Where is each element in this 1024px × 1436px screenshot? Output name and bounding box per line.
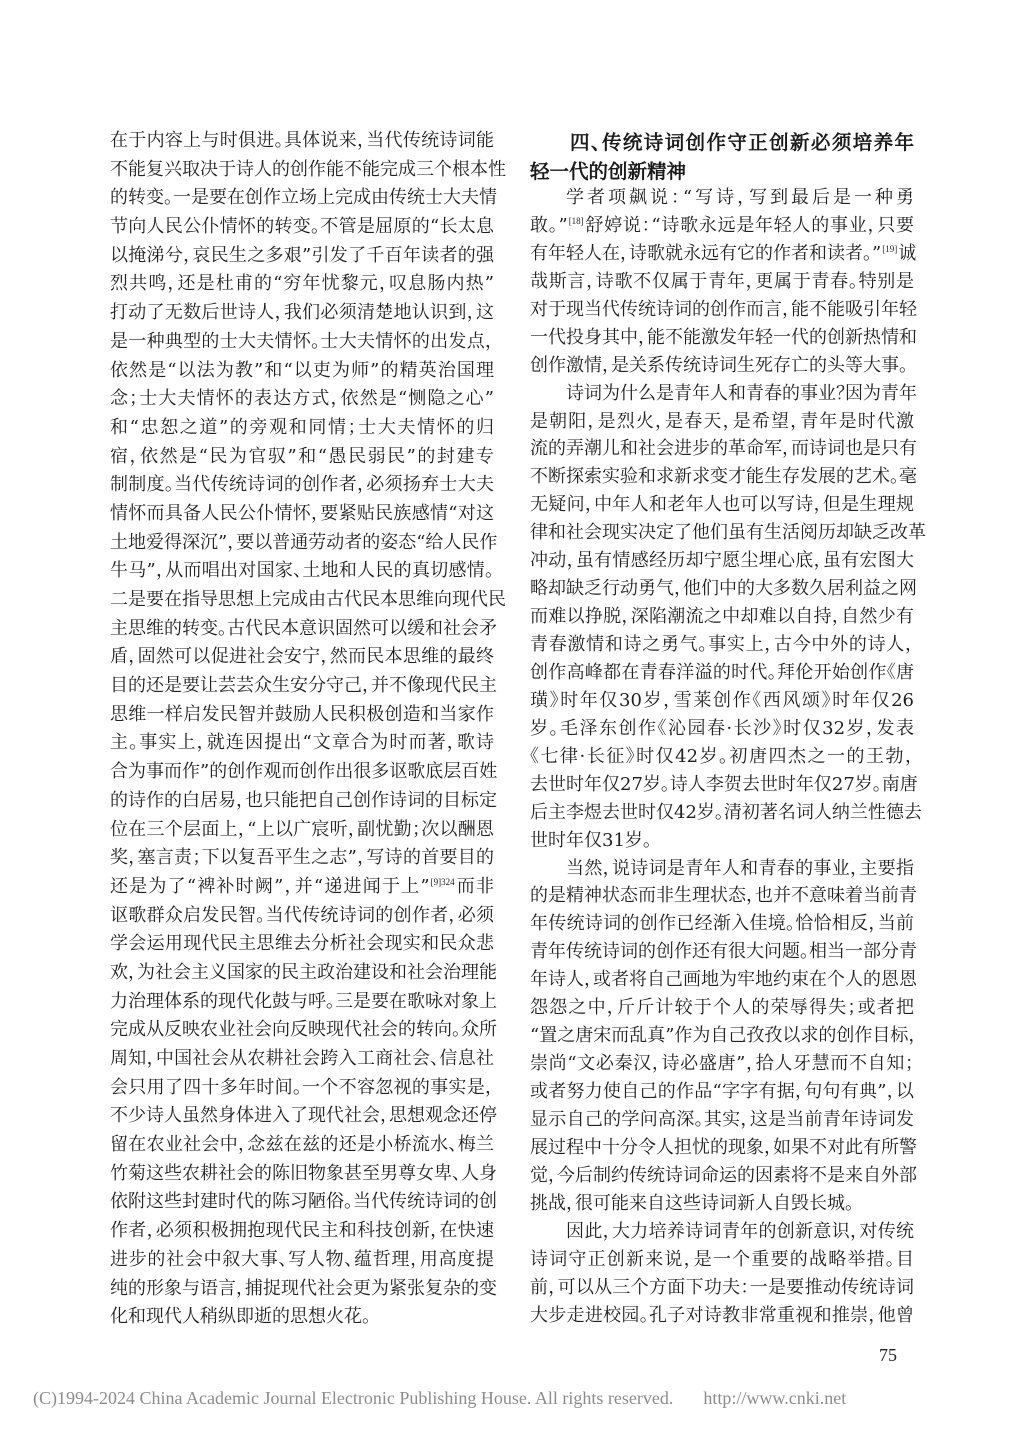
text-line: 的是精神状态而非生理状态，也并不意味着当前青: [530, 882, 914, 910]
text-line: “置之唐宋而乱真”作为自己孜孜以求的创作目标，: [530, 1022, 914, 1050]
text-line: 流的弄潮儿和社会进步的革命军，而诗词也是只有: [530, 435, 914, 463]
text-line: 哉斯言，诗歌不仅属于青年，更属于青春。特别是: [530, 268, 914, 296]
text-line: 主。事实上，就连因提出“文章合为时而著，歌诗: [110, 729, 494, 758]
text-line: 节向人民公仆情怀的转变。不管是屈原的“长太息: [110, 213, 494, 242]
copyright-footer: (C)1994-2024 China Academic Journal Elec…: [33, 1387, 846, 1409]
text-line: 的诗作的白居易，也只能把自己创作诗词的目标定: [110, 787, 494, 816]
text-line: 冲动，虽有情感经历却宁愿尘埋心底，虽有宏图大: [530, 547, 914, 575]
paragraph: 当然，说诗词是青年人和青春的事业，主要指的是精神状态而非生理状态，也并不意味着当…: [530, 855, 914, 1218]
text-segment: 诚: [898, 243, 916, 264]
text-line: 不少诗人虽然身体进入了现代社会，思想观念还停: [110, 1102, 494, 1131]
text-line: 世时年仅31岁。: [530, 827, 914, 855]
text-line: 不断探索实验和求新求变才能生存发展的艺术。毫: [530, 463, 914, 491]
text-segment: 而非: [456, 876, 494, 897]
text-line: 敢。”[18]舒婷说：“诗歌永远是年轻人的事业，只要: [530, 212, 914, 240]
text-line: 年传统诗词的创作已经渐入佳境。恰恰相反，当前: [530, 910, 914, 938]
text-line: 和“忠恕之道”的旁观和同情；士大夫情怀的归: [110, 414, 494, 443]
text-line: 有年轻人在，诗歌就永远有它的作者和读者。”[19]诚: [530, 240, 914, 268]
text-line: 或者努力使自己的作品“字字有据，句句有典”，以: [530, 1078, 914, 1106]
section-heading-line: 四、传统诗词创作守正创新必须培养年: [530, 128, 914, 157]
text-line: 学者项飙说：“写诗，写到最后是一种勇: [530, 184, 914, 212]
text-line: 当然，说诗词是青年人和青春的事业，主要指: [530, 855, 914, 883]
text-line: 讴歌群众启发民智。当代传统诗词的创作者，必须: [110, 902, 494, 931]
text-line: 位在三个层面上，“上以广宸听，副忧勤；次以酬恩: [110, 816, 494, 845]
text-line: 大步走进校园。孔子对诗教非常重视和推崇，他曾: [530, 1302, 914, 1330]
text-line: 进步的社会中叙大事、写人物、蕴哲理，用高度提: [110, 1246, 494, 1275]
text-line: 略却缺乏行动勇气，他们中的大多数久居利益之网: [530, 575, 914, 603]
text-line: 纯的形象与语言，捕捉现代社会更为紧张复杂的变: [110, 1275, 494, 1304]
text-line: 律和社会现实决定了他们虽有生活阅历却缺乏改革: [530, 519, 914, 547]
text-line: 作者，必须积极拥抱现代民主和科技创新，在快速: [110, 1217, 494, 1246]
text-line: 崇尚“文必秦汉，诗必盛唐”，拾人牙慧而不自知；: [530, 1050, 914, 1078]
text-line: 对于现当代传统诗词的创作而言，能不能吸引年轻: [530, 296, 914, 324]
paragraph: 在于内容上与时俱进。具体说来，当代传统诗词能不能复兴取决于诗人的创作能不能完成三…: [110, 127, 494, 1332]
text-segment: 舒婷说：“诗歌永远是年轻人的事业，只要: [585, 215, 914, 236]
text-line: 制制度。当代传统诗词的创作者，必须扬弃士大夫: [110, 471, 494, 500]
text-line: 显示自己的学问高深。其实，这是当前青年诗词发: [530, 1106, 914, 1134]
citation-superscript: [19]: [882, 244, 897, 254]
text-line: 牛马”，从而唱出对国家、土地和人民的真切感情。: [110, 557, 494, 586]
text-line: 觉，今后制约传统诗词命运的因素将不是来自外部: [530, 1162, 914, 1190]
text-line: 留在农业社会中，念兹在兹的还是小桥流水、梅兰: [110, 1131, 494, 1160]
paragraph: 诗词为什么是青年人和青春的事业？因为青年是朝阳，是烈火，是春天，是希望，青年是时…: [530, 380, 914, 855]
text-line: 怨怨之中，斤斤计较于个人的荣辱得失；或者把: [530, 994, 914, 1022]
text-line: 依然是“以法为教”和“以吏为师”的精英治国理: [110, 357, 494, 386]
text-line: 打动了无数后世诗人，我们必须清楚地认识到，这: [110, 299, 494, 328]
text-line: 奖，塞言责；下以复吾平生之志”，写诗的首要目的: [110, 844, 494, 873]
text-line: 合为事而作”的创作观而创作出很多讴歌底层百姓: [110, 758, 494, 787]
text-line: 而难以挣脱，深陷潮流之中却难以自持，自然少有: [530, 603, 914, 631]
text-line: 挑战，很可能来自这些诗词新人自毁长城。: [530, 1190, 914, 1218]
text-line: 化和现代人稍纵即逝的思想火花。: [110, 1303, 494, 1332]
left-column: 在于内容上与时俱进。具体说来，当代传统诗词能不能复兴取决于诗人的创作能不能完成三…: [110, 127, 494, 1332]
text-line: 周知，中国社会从农耕社会跨入工商社会、信息社: [110, 1045, 494, 1074]
text-line: 不能复兴取决于诗人的创作能不能完成三个根本性: [110, 156, 494, 185]
text-line: 力治理体系的现代化鼓与呼。三是要在歌咏对象上: [110, 988, 494, 1017]
text-line: 前，可以从三个方面下功夫：一是要推动传统诗词: [530, 1274, 914, 1302]
text-line: 盾，固然可以促进社会安宁，然而民本思维的最终: [110, 643, 494, 672]
text-line: 依附这些封建时代的陈习陋俗。当代传统诗词的创: [110, 1188, 494, 1217]
text-line: 年诗人，或者将自己画地为牢地约束在个人的恩恩: [530, 966, 914, 994]
text-line: 青年传统诗词的创作还有很大问题。相当一部分青: [530, 938, 914, 966]
text-line: 去世时年仅27岁。诗人李贺去世时年仅27岁。南唐: [530, 771, 914, 799]
text-line: 念；士大夫情怀的表达方式，依然是“恻隐之心”: [110, 385, 494, 414]
text-line: 璜》时年仅30岁，雪莱创作《西风颂》时年仅26: [530, 687, 914, 715]
text-line: 竹菊这些农耕社会的陈旧物象甚至男尊女卑、人身: [110, 1160, 494, 1189]
citation-superscript: [18]: [569, 216, 584, 226]
text-line: 在于内容上与时俱进。具体说来，当代传统诗词能: [110, 127, 494, 156]
text-line: 后主李煜去世时仅42岁。清初著名词人纳兰性德去: [530, 799, 914, 827]
right-column: 学者项飙说：“写诗，写到最后是一种勇敢。”[18]舒婷说：“诗歌永远是年轻人的事…: [530, 184, 914, 1329]
text-line: 土地爱得深沉”，要以普通劳动者的姿态“给人民作: [110, 529, 494, 558]
text-line: 青春激情和诗之勇气。事实上，古今中外的诗人，: [530, 631, 914, 659]
text-segment: 有年轻人在，诗歌就永远有它的作者和读者。”: [530, 243, 881, 264]
text-line: 欢，为社会主义国家的民主政治建设和社会治理能: [110, 959, 494, 988]
text-line: 无疑问，中年人和老年人也可以写诗，但是生理规: [530, 491, 914, 519]
journal-page: 在于内容上与时俱进。具体说来，当代传统诗词能不能复兴取决于诗人的创作能不能完成三…: [0, 0, 1024, 1436]
publisher-url: http://www.cnki.net: [703, 1388, 846, 1408]
text-line: 主思维的转变。古代民本意识固然可以缓和社会矛: [110, 615, 494, 644]
text-line: 创作高峰都在青春洋溢的时代。拜伦开始创作《唐: [530, 659, 914, 687]
section-heading-line: 轻一代的创新精神: [530, 157, 914, 186]
section-heading: 四、传统诗词创作守正创新必须培养年 轻一代的创新精神: [530, 128, 914, 186]
text-line: 学会运用现代民主思维去分析社会现实和民众悲: [110, 930, 494, 959]
text-line: 创作激情，是关系传统诗词生死存亡的头等大事。: [530, 352, 914, 380]
text-line: 以掩涕兮，哀民生之多艰”引发了千百年读者的强: [110, 242, 494, 271]
text-line: 是朝阳，是烈火，是春天，是希望，青年是时代激: [530, 408, 914, 436]
text-line: 目的还是要让芸芸众生安分守己，并不像现代民主: [110, 672, 494, 701]
text-segment: 敢。”: [530, 215, 568, 236]
paragraph: 学者项飙说：“写诗，写到最后是一种勇敢。”[18]舒婷说：“诗歌永远是年轻人的事…: [530, 184, 914, 380]
text-line: 《七律·长征》时仅42岁。初唐四杰之一的王勃，: [530, 743, 914, 771]
text-line: 会只用了四十多年时间。一个不容忽视的事实是，: [110, 1074, 494, 1103]
text-line: 还是为了“裨补时阙”，并“递进闻于上”[9]324而非: [110, 873, 494, 902]
text-line: 烈共鸣，还是杜甫的“穷年忧黎元，叹息肠内热”: [110, 270, 494, 299]
text-line: 因此，大力培养诗词青年的创新意识，对传统: [530, 1218, 914, 1246]
copyright-text: (C)1994-2024 China Academic Journal Elec…: [33, 1388, 673, 1408]
text-line: 一代投身其中，能不能激发年轻一代的创新热情和: [530, 324, 914, 352]
text-line: 宿，依然是“民为官驭”和“愚民弱民”的封建专: [110, 443, 494, 472]
page-number: 75: [879, 1344, 897, 1366]
text-segment: 还是为了“裨补时阙”，并“递进闻于上”: [110, 876, 430, 897]
text-line: 的转变。一是要在创作立场上完成由传统士大夫情: [110, 184, 494, 213]
text-line: 是一种典型的士大夫情怀。士大夫情怀的出发点，: [110, 328, 494, 357]
text-line: 诗词为什么是青年人和青春的事业？因为青年: [530, 380, 914, 408]
text-line: 展过程中十分令人担忧的现象，如果不对此有所警: [530, 1134, 914, 1162]
paragraph: 因此，大力培养诗词青年的创新意识，对传统诗词守正创新来说，是一个重要的战略举措。…: [530, 1218, 914, 1330]
citation-superscript: [9]324: [431, 877, 455, 887]
text-line: 二是要在指导思想上完成由古代民本思维向现代民: [110, 586, 494, 615]
text-line: 诗词守正创新来说，是一个重要的战略举措。目: [530, 1246, 914, 1274]
text-line: 情怀而具备人民公仆情怀，要紧贴民族感情“对这: [110, 500, 494, 529]
text-line: 岁。毛泽东创作《沁园春·长沙》时仅32岁，发表: [530, 715, 914, 743]
text-line: 思维一样启发民智并鼓励人民积极创造和当家作: [110, 701, 494, 730]
text-line: 完成从反映农业社会向反映现代社会的转向。众所: [110, 1016, 494, 1045]
